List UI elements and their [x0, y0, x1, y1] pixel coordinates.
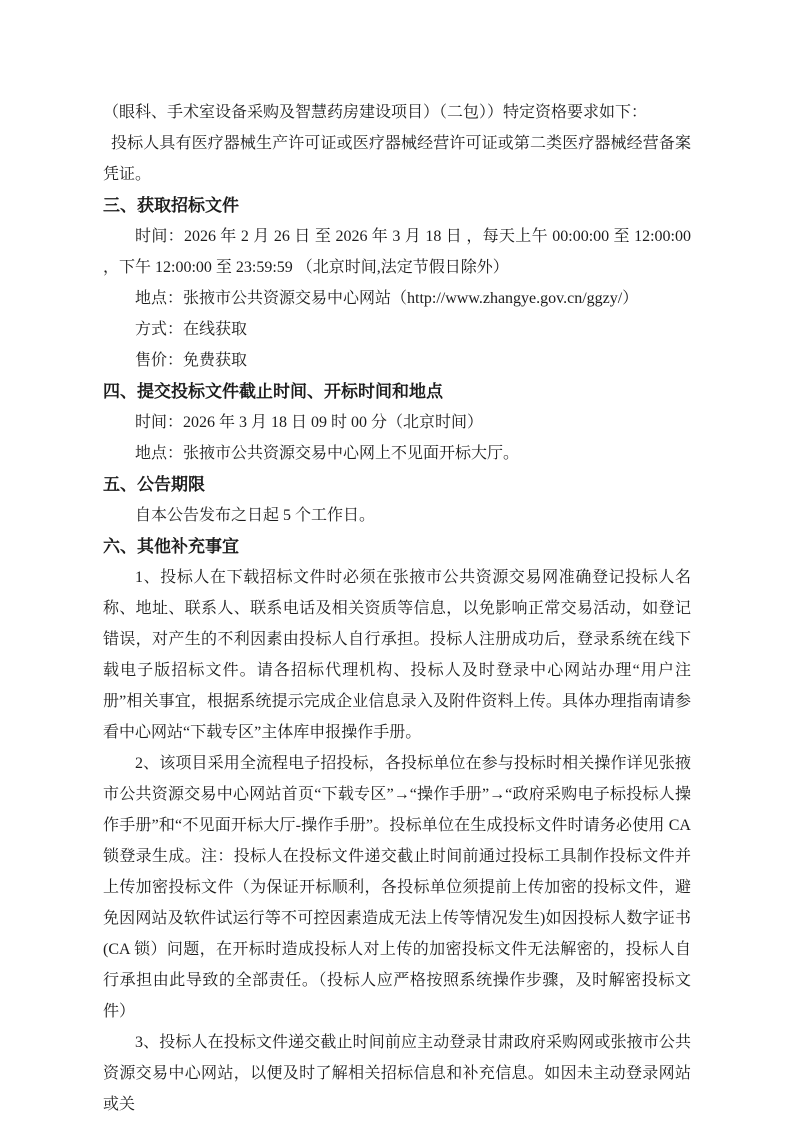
other-matters-item-2-paragraph: 2、该项目采用全流程电子招投标，各投标单位在参与投标时相关操作详见张掖市公共资源…: [103, 748, 691, 1027]
document-page: （眼科、手术室设备采购及智慧药房建设项目）（二包））特定资格要求如下： 投标人具…: [0, 0, 793, 1122]
intro-requirement-paragraph: 投标人具有医疗器械生产许可证或医疗器械经营许可证或第二类医疗器械经营备案凭证。: [103, 128, 691, 190]
other-matters-item-1-paragraph: 1、投标人在下载招标文件时必须在张掖市公共资源交易网准确登记投标人名称、地址、联…: [103, 562, 691, 748]
deadline-time-paragraph: 时间：2026 年 3 月 18 日 09 时 00 分（北京时间）: [103, 407, 691, 438]
obtain-price-paragraph: 售价：免费获取: [103, 345, 691, 376]
other-matters-item-3-paragraph: 3、投标人在投标文件递交截止时间前应主动登录甘肃政府采购网或张掖市公共资源交易中…: [103, 1027, 691, 1120]
section-heading-submission-deadline: 四、提交投标文件截止时间、开标时间和地点: [103, 376, 691, 407]
section-heading-obtain-documents: 三、获取招标文件: [103, 190, 691, 221]
deadline-location-paragraph: 地点：张掖市公共资源交易中心网上不见面开标大厅。: [103, 438, 691, 469]
section-heading-other-matters: 六、其他补充事宜: [103, 531, 691, 562]
obtain-method-paragraph: 方式：在线获取: [103, 314, 691, 345]
obtain-location-paragraph: 地点：张掖市公共资源交易中心网站（http://www.zhangye.gov.…: [103, 283, 691, 314]
section-heading-announcement-period: 五、公告期限: [103, 469, 691, 500]
obtain-time-paragraph: 时间：2026 年 2 月 26 日 至 2026 年 3 月 18 日 ，每天…: [103, 221, 691, 283]
announcement-period-paragraph: 自本公告发布之日起 5 个工作日。: [103, 500, 691, 531]
intro-continuation-line: （眼科、手术室设备采购及智慧药房建设项目）（二包））特定资格要求如下：: [103, 97, 691, 128]
